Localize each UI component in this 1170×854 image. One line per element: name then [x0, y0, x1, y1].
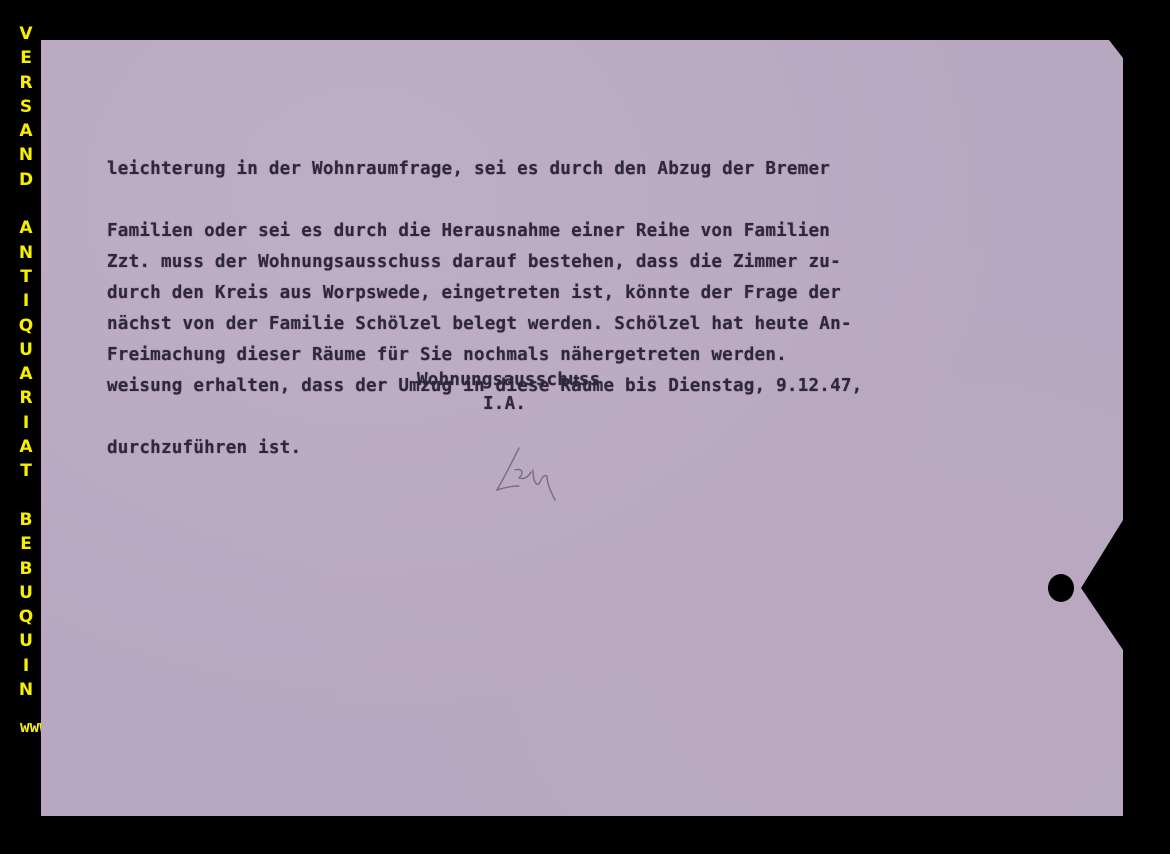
- banner-letter: Q: [19, 605, 33, 629]
- banner-letter: T: [20, 265, 32, 289]
- text-line: Zzt. muss der Wohnungsausschuss darauf b…: [107, 251, 862, 273]
- document-page: leichterung in der Wohnraumfrage, sei es…: [41, 40, 1123, 816]
- banner-letter: A: [19, 435, 32, 459]
- banner-letter: N: [19, 241, 33, 265]
- banner-letter: I: [23, 654, 29, 678]
- signature-organization: Wohnungsausschuss: [417, 370, 600, 390]
- banner-letter: B: [20, 557, 33, 581]
- paragraph-2: Zzt. muss der Wohnungsausschuss darauf b…: [107, 211, 862, 499]
- paper-damage-hole: [1048, 574, 1074, 602]
- text-line: durchzuführen ist.: [107, 437, 862, 459]
- banner-letter: B: [20, 508, 33, 532]
- text-line: leichterung in der Wohnraumfrage, sei es…: [107, 158, 841, 180]
- banner-letter: N: [19, 143, 33, 167]
- banner-letter: R: [19, 71, 32, 95]
- banner-letter: U: [19, 581, 33, 605]
- banner-letter: N: [19, 678, 33, 702]
- banner-letter: E: [20, 532, 32, 556]
- handwritten-signature: [489, 440, 569, 506]
- banner-letter: U: [19, 338, 33, 362]
- banner-letter: A: [19, 216, 32, 240]
- banner-letter: I: [23, 411, 29, 435]
- banner-letter: V: [19, 22, 32, 46]
- text-line: nächst von der Familie Schölzel belegt w…: [107, 313, 862, 335]
- banner-letter: D: [19, 168, 33, 192]
- banner-letter: S: [20, 95, 32, 119]
- banner-letter: T: [20, 459, 32, 483]
- banner-letter: R: [19, 386, 32, 410]
- banner-letter: A: [19, 119, 32, 143]
- vertical-banner: VERSANDANTIQUARIATBEBUQUIN: [14, 22, 38, 702]
- signature-ia: I.A.: [483, 394, 526, 414]
- banner-letter: I: [23, 289, 29, 313]
- banner-letter: U: [19, 629, 33, 653]
- banner-letter: E: [20, 46, 32, 70]
- banner-letter: Q: [19, 314, 33, 338]
- banner-letter: A: [19, 362, 32, 386]
